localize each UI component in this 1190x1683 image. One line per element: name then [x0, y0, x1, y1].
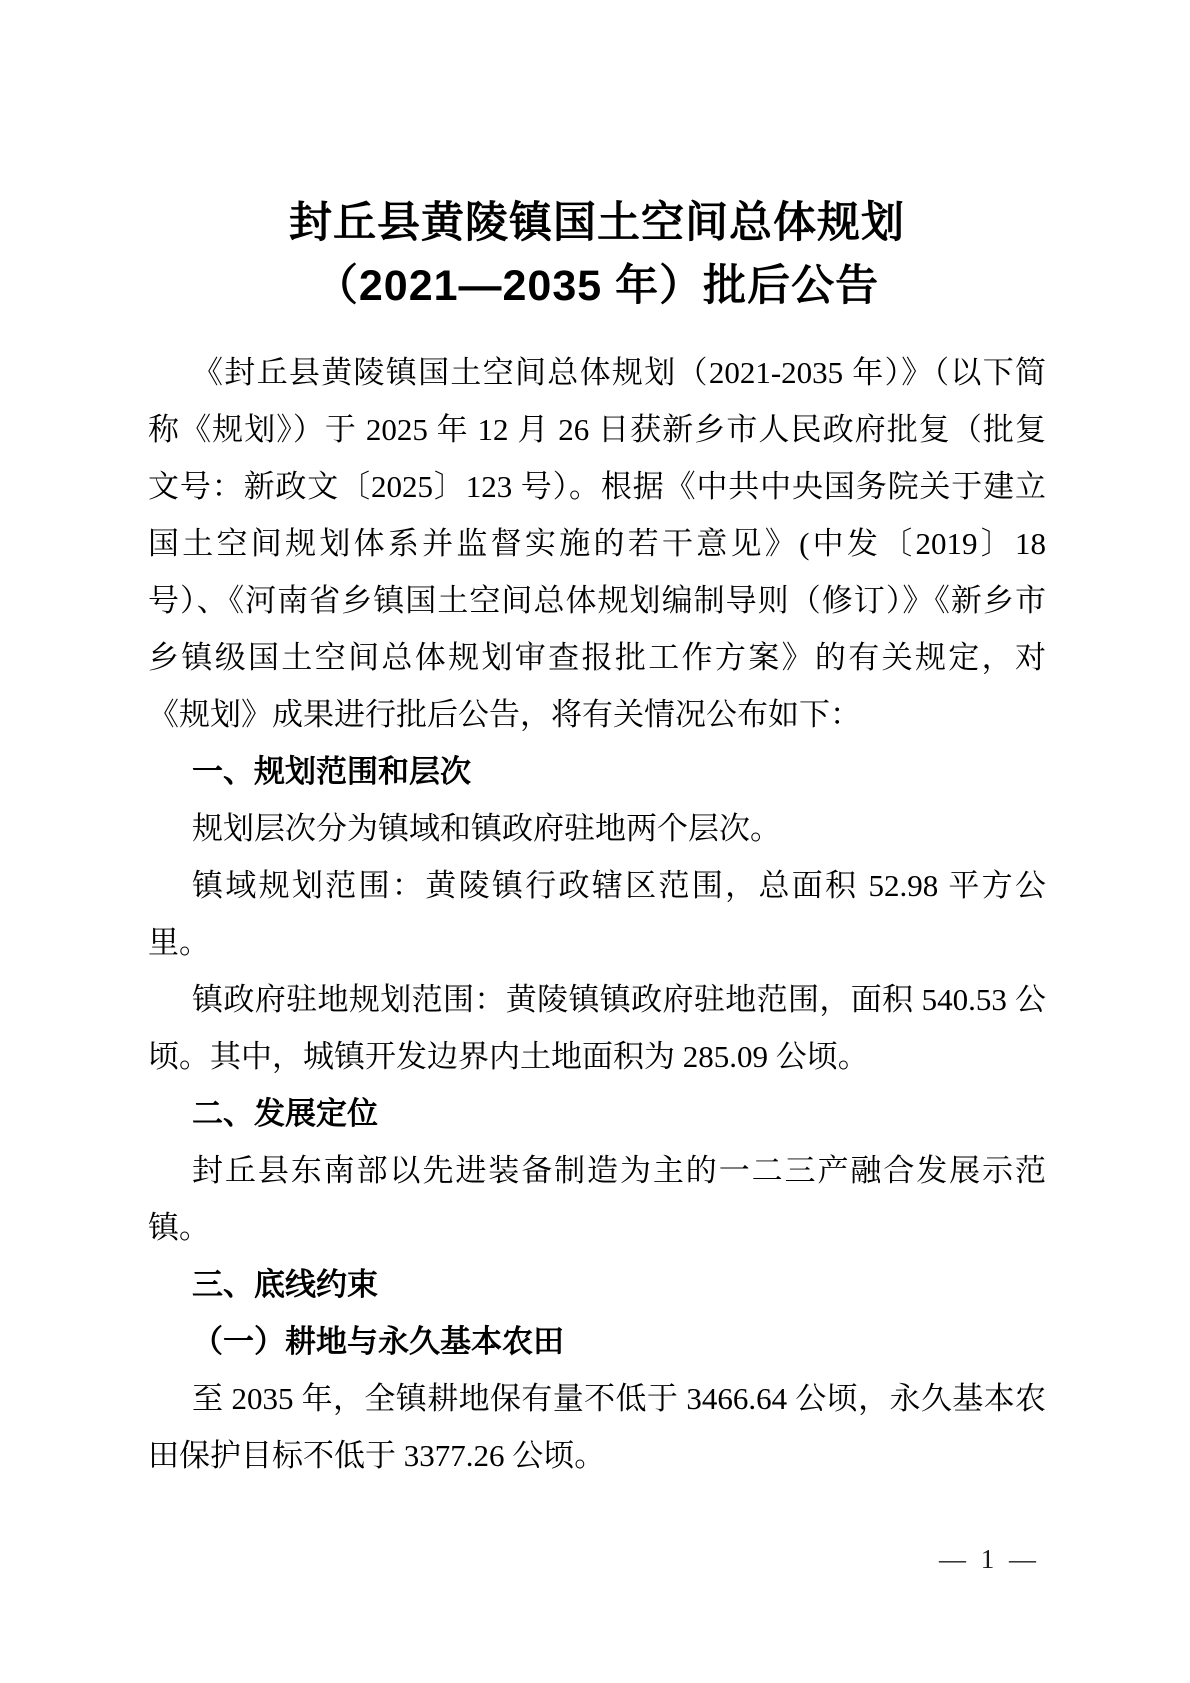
title-line-2: （2021—2035 年）批后公告: [148, 255, 1046, 318]
section-1-paragraph-3: 镇政府驻地规划范围：黄陵镇镇政府驻地范围，面积 540.53 公顷。其中，城镇开…: [148, 971, 1046, 1085]
section-3-heading: 三、底线约束: [148, 1256, 1046, 1313]
title-line-1: 封丘县黄陵镇国土空间总体规划: [148, 192, 1046, 255]
document-content: 封丘县黄陵镇国土空间总体规划 （2021—2035 年）批后公告 《封丘县黄陵镇…: [148, 192, 1046, 1484]
page-number: — 1 —: [939, 1544, 1040, 1575]
document-page: 封丘县黄陵镇国土空间总体规划 （2021—2035 年）批后公告 《封丘县黄陵镇…: [0, 0, 1190, 1683]
section-1-paragraph-1: 规划层次分为镇域和镇政府驻地两个层次。: [148, 800, 1046, 857]
intro-paragraph: 《封丘县黄陵镇国土空间总体规划（2021-2035 年）》（以下简称《规划》）于…: [148, 344, 1046, 743]
document-body: 《封丘县黄陵镇国土空间总体规划（2021-2035 年）》（以下简称《规划》）于…: [148, 344, 1046, 1484]
section-2-paragraph-1: 封丘县东南部以先进装备制造为主的一二三产融合发展示范镇。: [148, 1142, 1046, 1256]
section-1-paragraph-2: 镇域规划范围：黄陵镇行政辖区范围，总面积 52.98 平方公里。: [148, 857, 1046, 971]
section-3-subheading-1: （一）耕地与永久基本农田: [148, 1313, 1046, 1370]
document-title: 封丘县黄陵镇国土空间总体规划 （2021—2035 年）批后公告: [148, 192, 1046, 318]
section-1-heading: 一、规划范围和层次: [148, 743, 1046, 800]
section-2-heading: 二、发展定位: [148, 1085, 1046, 1142]
section-3-paragraph-1: 至 2035 年，全镇耕地保有量不低于 3466.64 公顷，永久基本农田保护目…: [148, 1370, 1046, 1484]
